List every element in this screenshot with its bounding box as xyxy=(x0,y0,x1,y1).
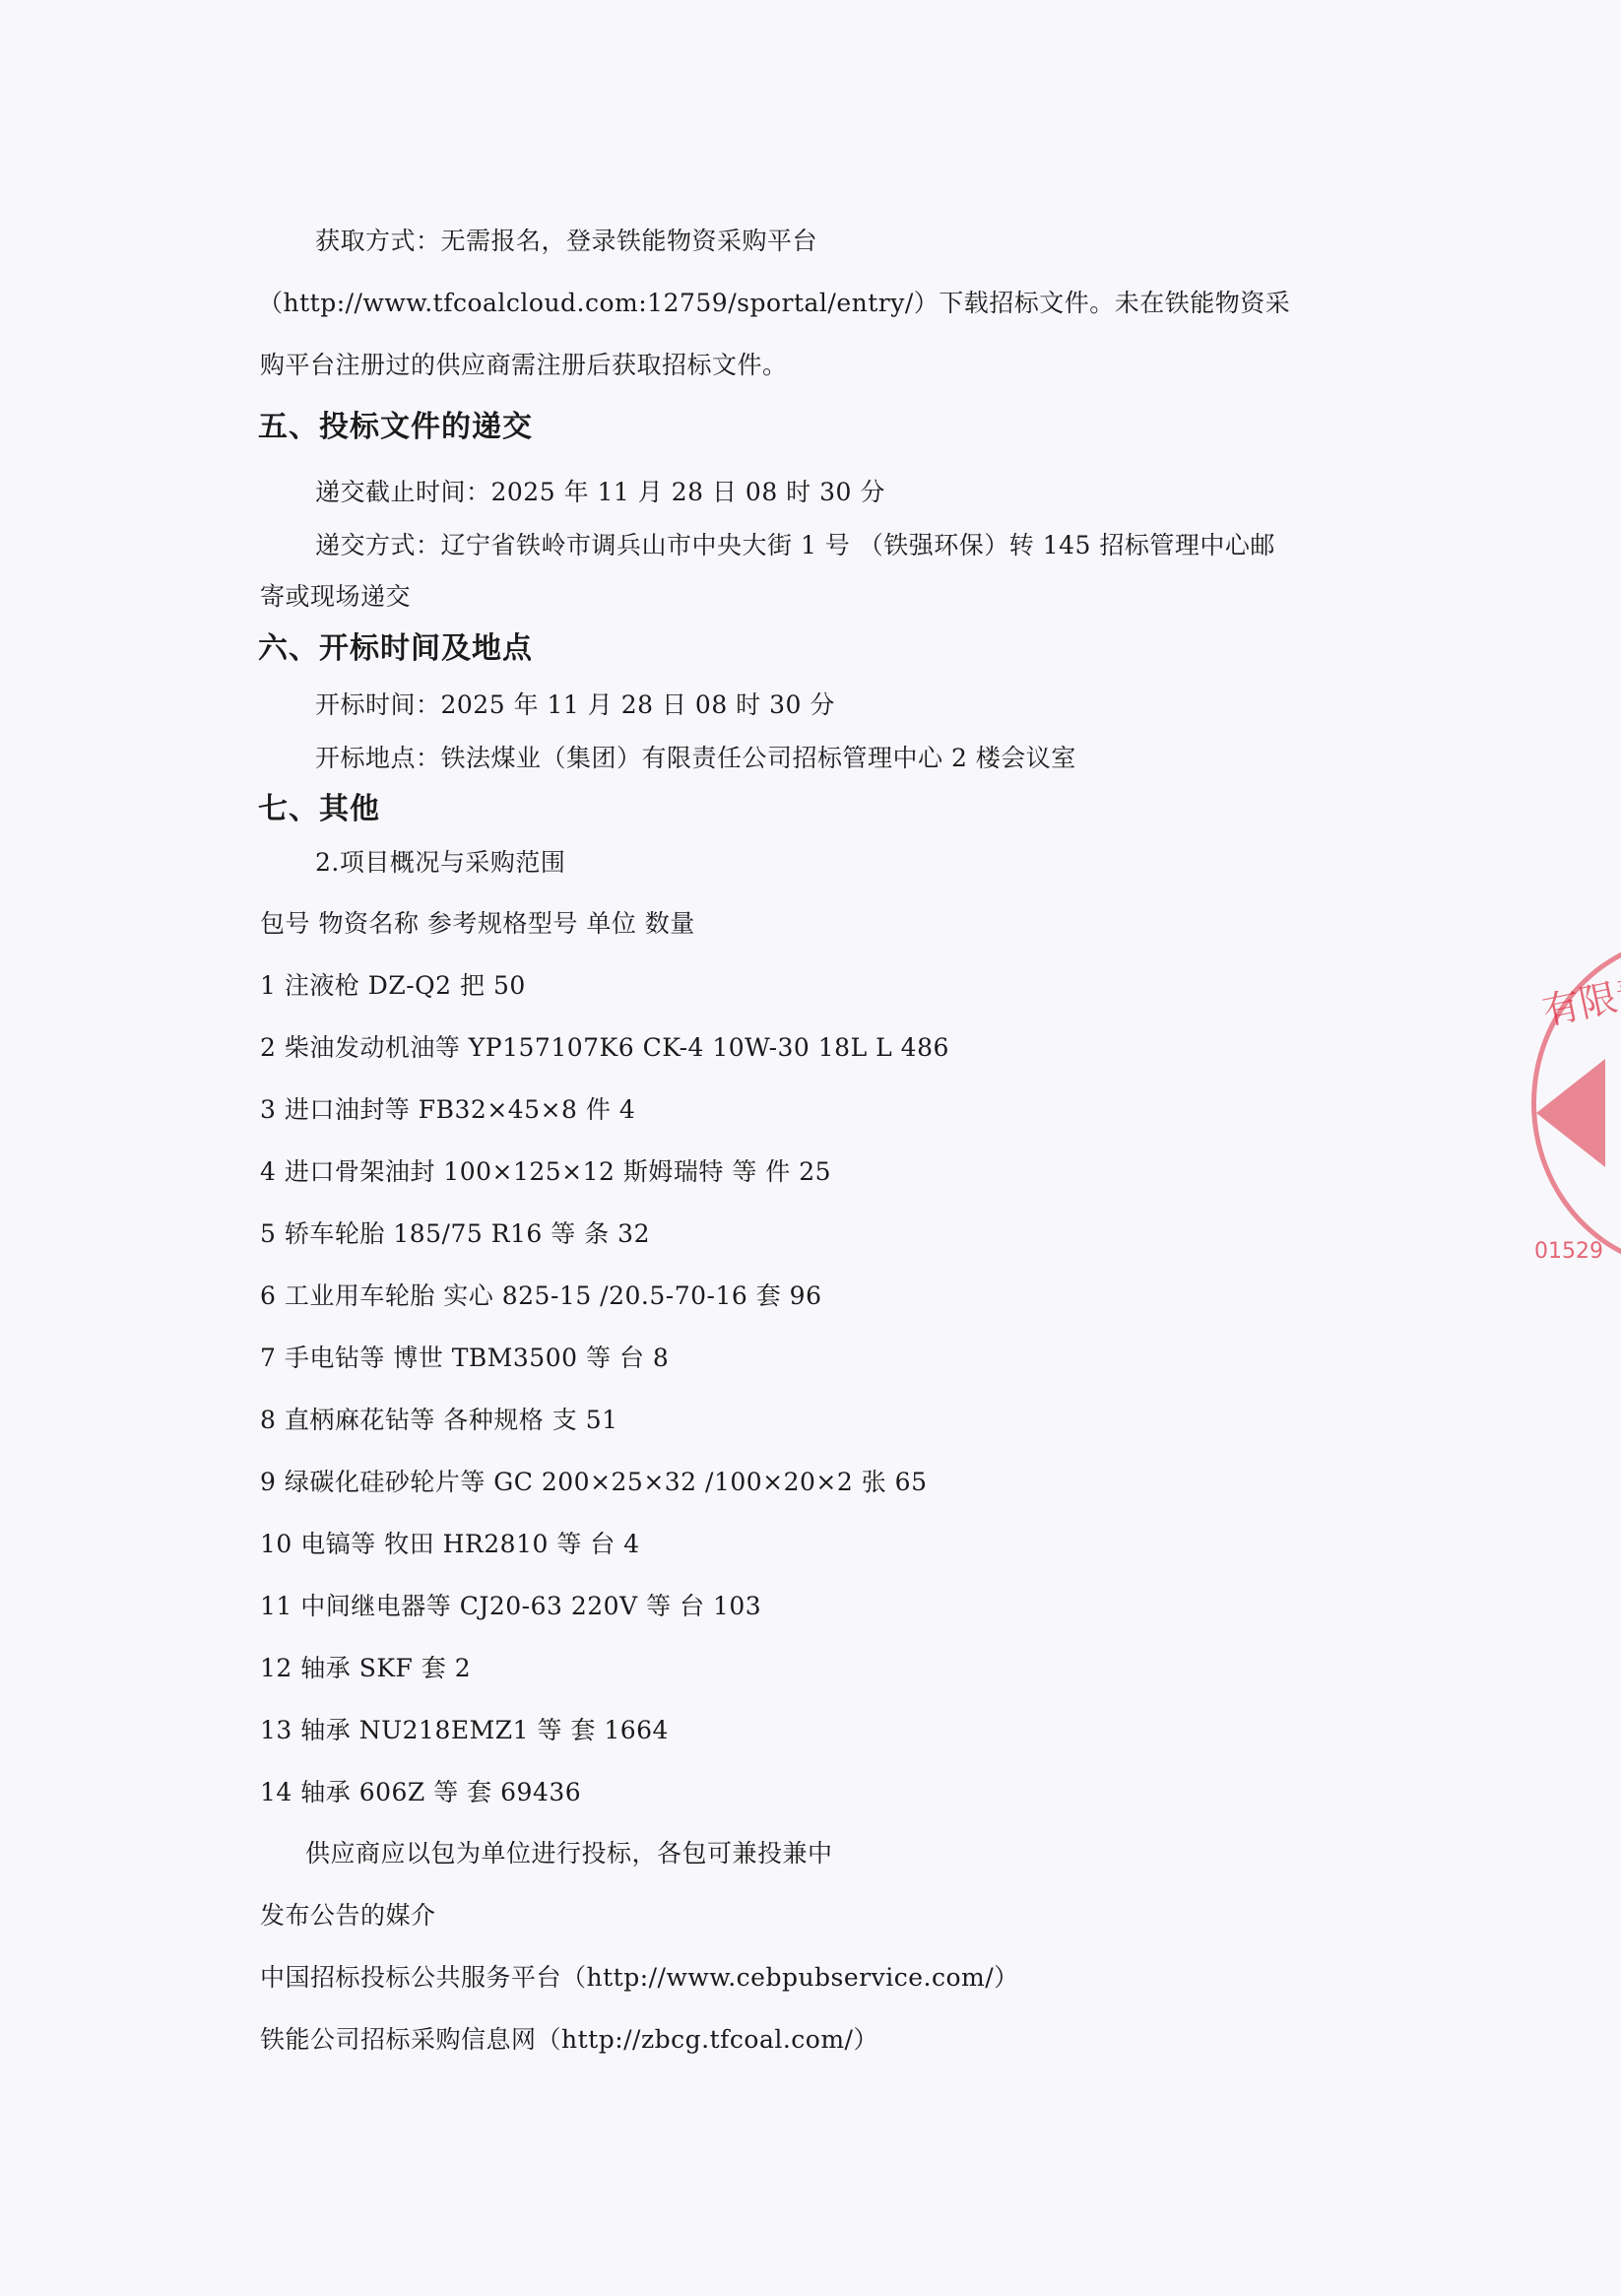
item-row: 2 柴油发动机油等 YP157107K6 CK-4 10W-30 18L L 4… xyxy=(260,1032,949,1064)
item-row: 8 直柄麻花钻等 各种规格 支 51 xyxy=(260,1405,618,1436)
acquisition-method-line-1: 获取方式：无需报名，登录铁能物资采购平台 xyxy=(315,226,817,257)
section-6-heading: 六、开标时间及地点 xyxy=(258,631,533,667)
bid-opening-time: 开标时间：2025 年 11 月 28 日 08 时 30 分 xyxy=(315,689,835,721)
item-row: 9 绿碳化硅砂轮片等 GC 200×25×32 /100×20×2 张 65 xyxy=(260,1467,928,1498)
acquisition-method-line-2: （http://www.tfcoalcloud.com:12759/sporta… xyxy=(258,288,1290,319)
item-row: 13 轴承 NU218EMZ1 等 套 1664 xyxy=(260,1715,669,1746)
item-row: 4 进口骨架油封 100×125×12 斯姆瑞特 等 件 25 xyxy=(260,1156,831,1188)
submission-method-line-2: 寄或现场递交 xyxy=(260,581,411,613)
item-row: 6 工业用车轮胎 实心 825-15 /20.5-70-16 套 96 xyxy=(260,1280,821,1312)
submission-method-line-1: 递交方式：辽宁省铁岭市调兵山市中央大街 1 号 （铁强环保）转 145 招标管理… xyxy=(315,530,1275,561)
bid-opening-location: 开标地点：铁法煤业（集团）有限责任公司招标管理中心 2 楼会议室 xyxy=(315,743,1076,774)
media-link-cebpubservice[interactable]: 中国招标投标公共服务平台（http://www.cebpubservice.co… xyxy=(260,1962,1019,1994)
item-row: 14 轴承 606Z 等 套 69436 xyxy=(260,1777,581,1808)
item-row: 12 轴承 SKF 套 2 xyxy=(260,1653,471,1684)
item-row: 10 电镐等 牧田 HR2810 等 台 4 xyxy=(260,1529,640,1560)
item-row: 3 进口油封等 FB32×45×8 件 4 xyxy=(260,1094,635,1126)
media-heading: 发布公告的媒介 xyxy=(260,1900,436,1932)
submission-deadline: 递交截止时间：2025 年 11 月 28 日 08 时 30 分 xyxy=(315,477,885,508)
item-row: 1 注液枪 DZ-Q2 把 50 xyxy=(260,970,526,1002)
item-row: 5 轿车轮胎 185/75 R16 等 条 32 xyxy=(260,1218,650,1250)
items-table-header: 包号 物资名称 参考规格型号 单位 数量 xyxy=(260,908,695,940)
item-row: 11 中间继电器等 CJ20-63 220V 等 台 103 xyxy=(260,1591,761,1622)
section-7-heading: 七、其他 xyxy=(258,792,380,827)
item-row: 7 手电钻等 博世 TBM3500 等 台 8 xyxy=(260,1343,669,1374)
bidding-note: 供应商应以包为单位进行投标，各包可兼投兼中 xyxy=(305,1838,833,1870)
media-link-tfcoal[interactable]: 铁能公司招标采购信息网（http://zbcg.tfcoal.com/） xyxy=(260,2024,878,2056)
acquisition-method-line-3: 购平台注册过的供应商需注册后获取招标文件。 xyxy=(260,350,788,381)
project-overview-subheading: 2.项目概况与采购范围 xyxy=(315,847,565,879)
company-seal-number: 01529 xyxy=(1534,1239,1603,1264)
section-5-heading: 五、投标文件的递交 xyxy=(258,410,533,445)
document-page: 获取方式：无需报名，登录铁能物资采购平台 （http://www.tfcoalc… xyxy=(0,0,1621,2296)
seal-star-icon xyxy=(1536,1059,1605,1167)
